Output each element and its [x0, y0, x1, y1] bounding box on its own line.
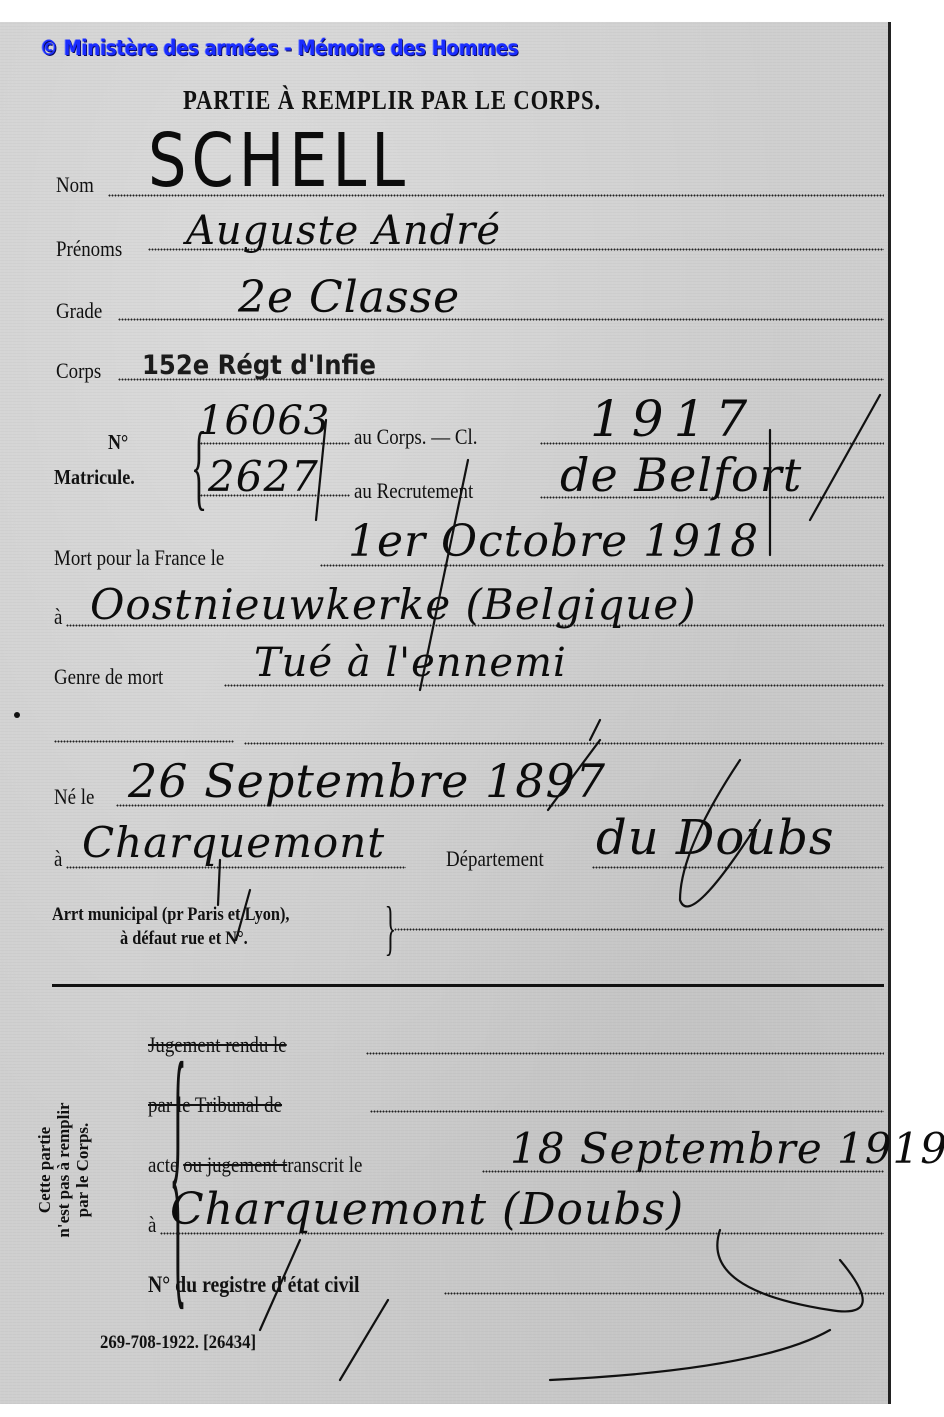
mort-lieu-value: Oostnieuwkerke (Belgique) [90, 580, 697, 629]
acte-lieu-value: Charquemont (Doubs) [170, 1184, 684, 1235]
tribunal-label: par le Tribunal de [148, 1092, 282, 1118]
departement-label: Département [446, 846, 544, 872]
arrondissement-line [394, 928, 884, 931]
side-note-line-1: Cette partie [35, 1050, 54, 1290]
departement-value: du Doubs [596, 810, 835, 866]
mort-date-label: Mort pour la France le [54, 545, 224, 571]
registre-label: N° du registre d'état civil [148, 1272, 360, 1298]
tribunal-line [370, 1110, 884, 1113]
form-heading: PARTIE À REMPLIR PAR LE CORPS. [183, 85, 601, 116]
nom-label: Nom [56, 172, 94, 198]
ne-le-label: Né le [54, 784, 94, 810]
au-corps-label: au Corps. — Cl. [354, 424, 478, 450]
genre-mort-value: Tué à l'ennemi [254, 640, 567, 686]
blank-line-left [54, 740, 234, 743]
registre-line [444, 1292, 884, 1295]
corps-stamp: 152e Régt d'Infie [142, 350, 376, 381]
recrutement-number: 2627 [208, 452, 319, 501]
corps-label: Corps [56, 358, 101, 384]
au-recrutement-label: au Recrutement [354, 478, 473, 504]
grade-label: Grade [56, 298, 102, 324]
acte-label: acte ou jugement transcrit le [148, 1152, 362, 1178]
acte-lieu-label: à [148, 1212, 156, 1238]
acte-suffix: ranscrit le [287, 1152, 362, 1177]
mort-date-value: 1er Octobre 1918 [348, 516, 759, 567]
classe-value: 1917 [590, 390, 757, 448]
ink-speck [14, 712, 20, 718]
matricule-no-label: N° [108, 430, 128, 455]
grade-value: 2e Classe [238, 272, 460, 323]
grade-line [118, 318, 884, 321]
jugement-line [366, 1052, 884, 1055]
side-note-line-3: par le Corps. [73, 1050, 92, 1290]
recrutement-value: de Belfort [560, 448, 802, 502]
side-note: Cette partie n'est pas à remplir par le … [35, 1050, 92, 1290]
footer-code: 269-708-1922. [26434] [100, 1332, 256, 1354]
mort-lieu-label: à [54, 604, 62, 630]
ne-a-label: à [54, 846, 62, 872]
section-divider [52, 984, 884, 987]
prenoms-label: Prénoms [56, 236, 122, 262]
corps-number: 16063 [198, 398, 330, 444]
side-note-line-2: n'est pas à remplir [54, 1050, 73, 1290]
jugement-label: Jugement rendu le [148, 1032, 287, 1058]
acte-value: 18 Septembre 1919 [510, 1124, 944, 1173]
ne-le-value: 26 Septembre 1897 [128, 754, 606, 808]
acte-struck: ou jugement t [183, 1152, 287, 1177]
blank-line-right [244, 742, 884, 745]
arrondissement-label-2: à défaut rue et N°. [120, 928, 248, 950]
prenoms-value: Auguste André [186, 208, 501, 254]
arrondissement-label-1: Arrt municipal (pr Paris et Lyon), [52, 904, 290, 926]
matricule-label: Matricule. [54, 465, 135, 490]
acte-prefix: acte [148, 1152, 183, 1177]
ne-a-value: Charquemont [82, 818, 385, 867]
departement-line [592, 866, 884, 869]
genre-mort-label: Genre de mort [54, 664, 163, 690]
nom-value: SCHELL [148, 118, 410, 204]
copyright-watermark: © Ministère des armées - Mémoire des Hom… [40, 36, 518, 60]
